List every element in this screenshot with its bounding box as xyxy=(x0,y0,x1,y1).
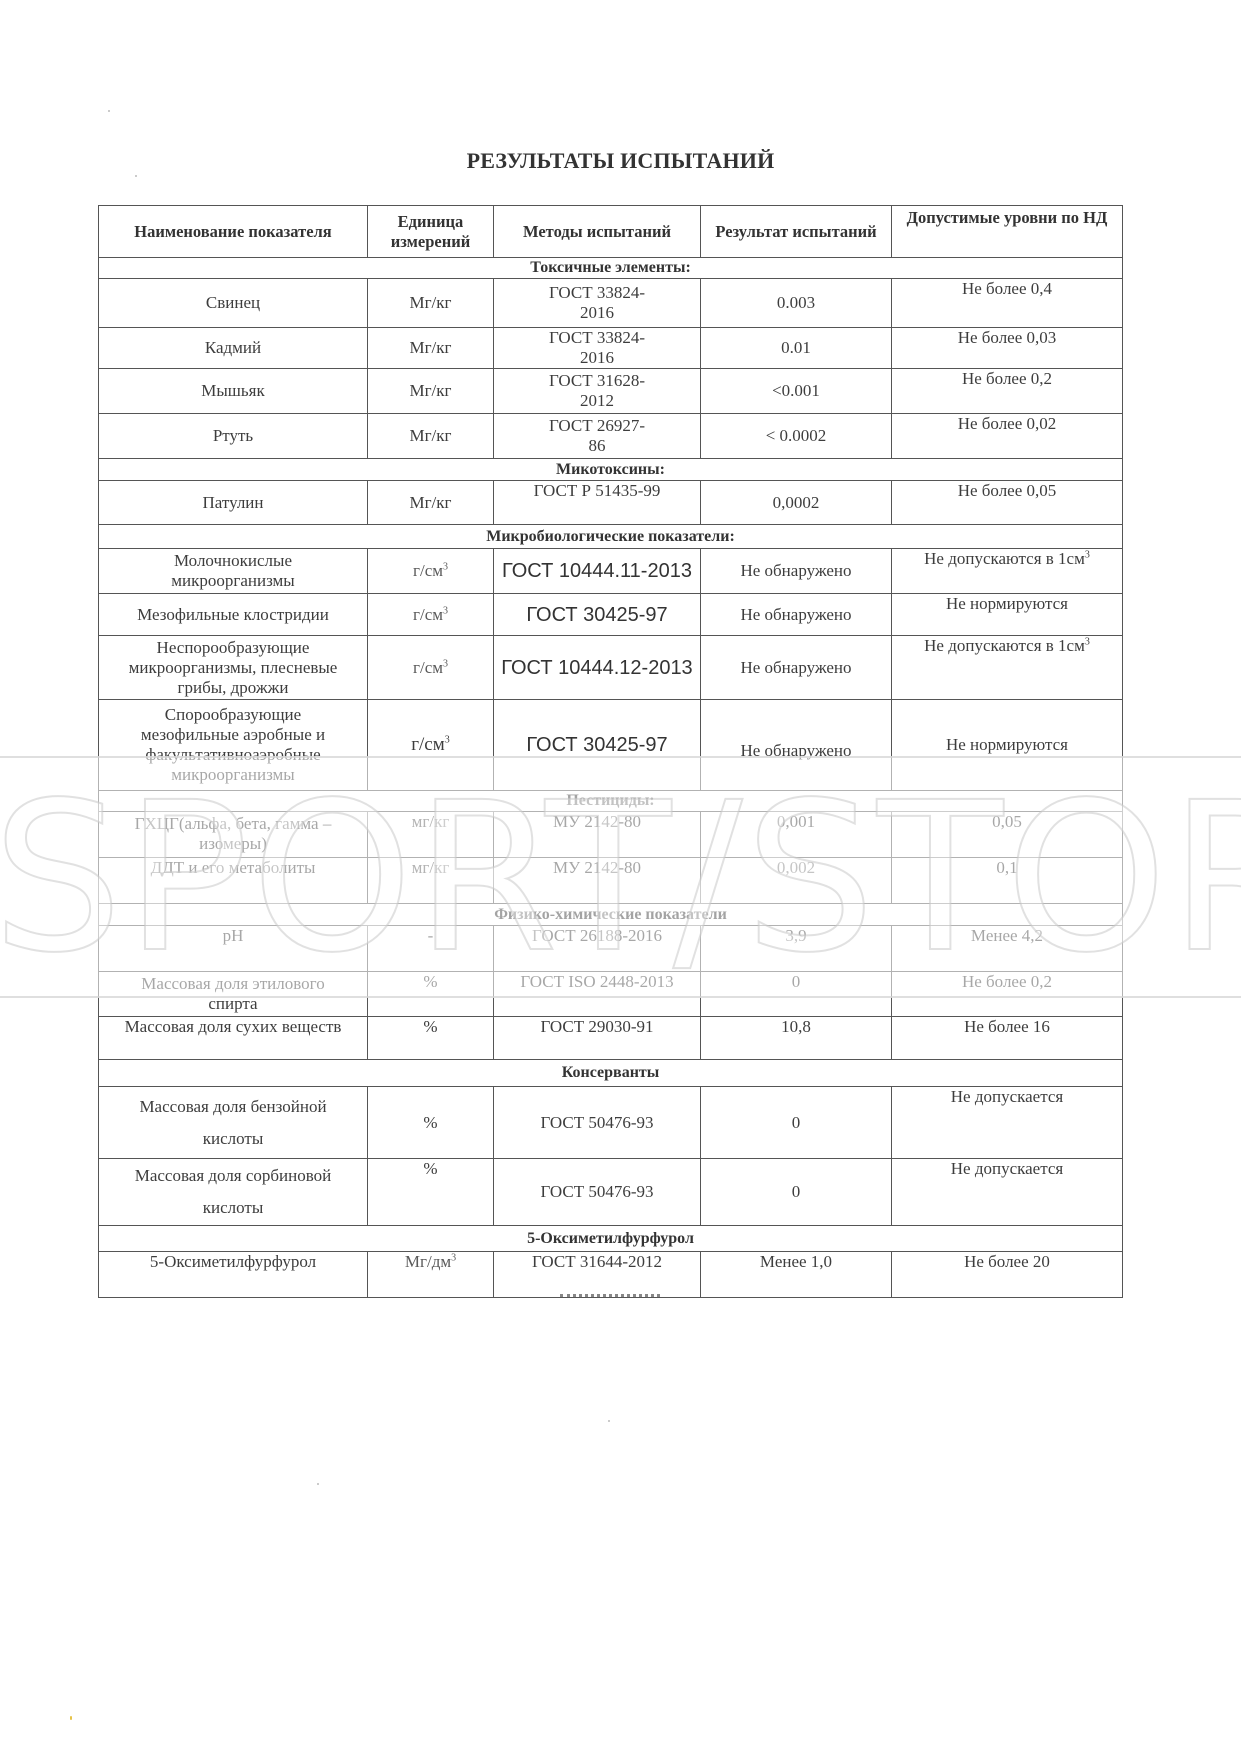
method: ГОСТ 31644-2012 xyxy=(494,1252,701,1298)
limit: Не более 0,2 xyxy=(892,972,1123,1017)
limit: Не допускаются в 1см3 xyxy=(892,549,1123,594)
unit: % xyxy=(368,972,494,1017)
result: 0.003 xyxy=(701,279,892,328)
clipped-text-fragment xyxy=(560,1294,660,1301)
table-row: 5-Оксиметилфурфурол Мг/дм3 ГОСТ 31644-20… xyxy=(99,1252,1123,1298)
table-row: Массовая доля сухих веществ % ГОСТ 29030… xyxy=(99,1017,1123,1060)
limit: Не более 16 xyxy=(892,1017,1123,1060)
limit-superscript: 3 xyxy=(1085,636,1090,647)
indicator-name: Мезофильные клостридии xyxy=(99,594,368,636)
unit: Мг/кг xyxy=(368,279,494,328)
unit: г/см3 xyxy=(368,700,494,791)
indicator-name: pH xyxy=(99,926,368,972)
section-title: Физико-химические показатели xyxy=(99,904,1123,926)
unit: % xyxy=(368,1087,494,1159)
indicator-name: Мышьяк xyxy=(99,369,368,414)
unit: г/см3 xyxy=(368,549,494,594)
table-row: Спорообразующие мезофильные аэробные и ф… xyxy=(99,700,1123,791)
table-row: Ртуть Мг/кг ГОСТ 26927-86 < 0.0002 Не бо… xyxy=(99,414,1123,459)
unit: мг/кг xyxy=(368,812,494,858)
method: ГОСТ 10444.12-2013 xyxy=(494,636,701,700)
table-row: Массовая доля сорбиновой кислоты % ГОСТ … xyxy=(99,1159,1123,1226)
method: ГОСТ 29030-91 xyxy=(494,1017,701,1060)
indicator-name: Ртуть xyxy=(99,414,368,459)
result: 0 xyxy=(701,1159,892,1226)
unit-text: г/см xyxy=(411,734,445,755)
table-row: Мезофильные клостридии г/см3 ГОСТ 30425-… xyxy=(99,594,1123,636)
header-indicator: Наименование показателя xyxy=(99,206,368,258)
method: ГОСТ 50476-93 xyxy=(494,1087,701,1159)
result: < 0.0002 xyxy=(701,414,892,459)
result: 0 xyxy=(701,1087,892,1159)
indicator-name: Неспорообразующие микроорганизмы, плесне… xyxy=(99,636,368,700)
method: ГОСТ 26927-86 xyxy=(494,414,701,459)
result: 0.01 xyxy=(701,328,892,369)
result: <0.001 xyxy=(701,369,892,414)
unit-superscript: 3 xyxy=(443,561,448,572)
header-unit: Единица измерений xyxy=(368,206,494,258)
table-row: Свинец Мг/кг ГОСТ 33824-2016 0.003 Не бо… xyxy=(99,279,1123,328)
table-row: Массовая доля бензойной кислоты % ГОСТ 5… xyxy=(99,1087,1123,1159)
unit: Мг/кг xyxy=(368,414,494,459)
section-title: Консерванты xyxy=(99,1060,1123,1087)
scan-speck xyxy=(135,175,137,177)
limit: Не более 0,05 xyxy=(892,481,1123,525)
result: 10,8 xyxy=(701,1017,892,1060)
unit: Мг/кг xyxy=(368,328,494,369)
limit: Не нормируются xyxy=(892,700,1123,791)
table-row: ДДТ и его метаболиты мг/кг МУ 2142-80 0,… xyxy=(99,858,1123,904)
scan-speck xyxy=(608,1420,610,1422)
indicator-name: Массовая доля сухих веществ xyxy=(99,1017,368,1060)
limit: Не более 0,02 xyxy=(892,414,1123,459)
table-row: Молочнокислые микроорганизмы г/см3 ГОСТ … xyxy=(99,549,1123,594)
scan-speck xyxy=(317,1483,319,1485)
method: ГОСТ 50476-93 xyxy=(494,1159,701,1226)
method: ГОСТ 31628-2012 xyxy=(494,369,701,414)
limit: 0,1 xyxy=(892,858,1123,904)
method: ГОСТ 26188-2016 xyxy=(494,926,701,972)
indicator-name: Массовая доля этилового спирта xyxy=(99,972,368,1017)
indicator-name: Свинец xyxy=(99,279,368,328)
result: Менее 1,0 xyxy=(701,1252,892,1298)
indicator-name: Спорообразующие мезофильные аэробные и ф… xyxy=(99,700,368,791)
page-title: РЕЗУЛЬТАТЫ ИСПЫТАНИЙ xyxy=(0,148,1241,174)
limit: Не более 0,2 xyxy=(892,369,1123,414)
indicator-name: ДДТ и его метаболиты xyxy=(99,858,368,904)
result: 0,002 xyxy=(701,858,892,904)
limit-text: Не допускаются в 1см xyxy=(924,636,1085,655)
limit: Не нормируются xyxy=(892,594,1123,636)
method: ГОСТ 30425-97 xyxy=(494,594,701,636)
result: Не обнаружено xyxy=(701,594,892,636)
test-results-table: Наименование показателя Единица измерени… xyxy=(98,205,1123,1298)
indicator-name: Патулин xyxy=(99,481,368,525)
unit: г/см3 xyxy=(368,636,494,700)
limit: 0,05 xyxy=(892,812,1123,858)
limit-superscript: 3 xyxy=(1085,549,1090,560)
method: ГОСТ 33824-2016 xyxy=(494,328,701,369)
unit-superscript: 3 xyxy=(451,1252,456,1263)
method: МУ 2142-80 xyxy=(494,858,701,904)
unit-superscript: 3 xyxy=(443,605,448,616)
method: ГОСТ ISO 2448-2013 xyxy=(494,972,701,1017)
limit: Не более 20 xyxy=(892,1252,1123,1298)
header-limit: Допустимые уровни по НД xyxy=(892,206,1123,258)
unit-text: Мг/дм xyxy=(405,1252,451,1271)
section-title: 5-Оксиметилфурфурол xyxy=(99,1226,1123,1252)
result: Не обнаружено xyxy=(701,636,892,700)
method: ГОСТ 33824-2016 xyxy=(494,279,701,328)
header-result: Результат испытаний xyxy=(701,206,892,258)
indicator-name: 5-Оксиметилфурфурол xyxy=(99,1252,368,1298)
unit: мг/кг xyxy=(368,858,494,904)
unit: - xyxy=(368,926,494,972)
method: ГОСТ Р 51435-99 xyxy=(494,481,701,525)
scan-speck xyxy=(70,1716,72,1720)
limit: Не допускается xyxy=(892,1087,1123,1159)
limit-text: Не допускаются в 1см xyxy=(924,549,1085,568)
result: 0,0002 xyxy=(701,481,892,525)
unit: г/см3 xyxy=(368,594,494,636)
indicator-name: Массовая доля бензойной кислоты xyxy=(99,1087,368,1159)
unit-text: г/см xyxy=(413,605,443,624)
unit: Мг/кг xyxy=(368,481,494,525)
indicator-name: ГХЦГ(альфа, бета, гамма – изомеры) xyxy=(99,812,368,858)
limit: Менее 4,2 xyxy=(892,926,1123,972)
result: 0 xyxy=(701,972,892,1017)
header-method: Методы испытаний xyxy=(494,206,701,258)
limit: Не более 0,4 xyxy=(892,279,1123,328)
scan-speck xyxy=(108,110,110,112)
section-title: Токсичные элементы: xyxy=(99,258,1123,279)
method: ГОСТ 10444.11-2013 xyxy=(494,549,701,594)
result: Не обнаружено xyxy=(701,700,892,791)
result: 3,9 xyxy=(701,926,892,972)
unit-superscript: 3 xyxy=(445,735,450,746)
table-row: ГХЦГ(альфа, бета, гамма – изомеры) мг/кг… xyxy=(99,812,1123,858)
method: МУ 2142-80 xyxy=(494,812,701,858)
section-title: Пестициды: xyxy=(99,791,1123,812)
result: Не обнаружено xyxy=(701,549,892,594)
unit: % xyxy=(368,1017,494,1060)
unit-superscript: 3 xyxy=(443,658,448,669)
unit: Мг/дм3 xyxy=(368,1252,494,1298)
indicator-name: Кадмий xyxy=(99,328,368,369)
section-title: Микробиологические показатели: xyxy=(99,525,1123,549)
limit: Не более 0,03 xyxy=(892,328,1123,369)
table-header-row: Наименование показателя Единица измерени… xyxy=(99,206,1123,258)
limit: Не допускаются в 1см3 xyxy=(892,636,1123,700)
indicator-name: Молочнокислые микроорганизмы xyxy=(99,549,368,594)
unit: Мг/кг xyxy=(368,369,494,414)
unit: % xyxy=(368,1159,494,1226)
table-row: Неспорообразующие микроорганизмы, плесне… xyxy=(99,636,1123,700)
unit-text: г/см xyxy=(413,658,443,677)
table-row: Патулин Мг/кг ГОСТ Р 51435-99 0,0002 Не … xyxy=(99,481,1123,525)
limit: Не допускается xyxy=(892,1159,1123,1226)
table-row: Кадмий Мг/кг ГОСТ 33824-2016 0.01 Не бол… xyxy=(99,328,1123,369)
method: ГОСТ 30425-97 xyxy=(494,700,701,791)
section-title: Микотоксины: xyxy=(99,459,1123,481)
table-row: pH - ГОСТ 26188-2016 3,9 Менее 4,2 xyxy=(99,926,1123,972)
table-row: Мышьяк Мг/кг ГОСТ 31628-2012 <0.001 Не б… xyxy=(99,369,1123,414)
unit-text: г/см xyxy=(413,561,443,580)
table-row: Массовая доля этилового спирта % ГОСТ IS… xyxy=(99,972,1123,1017)
result: 0,001 xyxy=(701,812,892,858)
indicator-name: Массовая доля сорбиновой кислоты xyxy=(99,1159,368,1226)
